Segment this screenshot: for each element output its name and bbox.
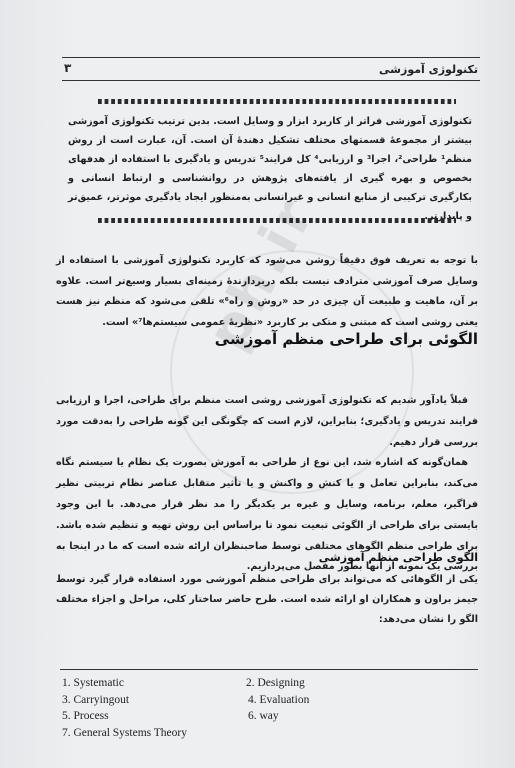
footnote-7: 7. General Systems Theory	[62, 727, 187, 739]
header-bottom-rule	[62, 80, 480, 81]
header-top-rule	[62, 57, 480, 58]
book-page: ph.ir ۳ تکنولوژی آموزشی تکنولوژی آموزشی …	[0, 0, 515, 768]
footnote-4: 4. Evaluation	[248, 694, 309, 706]
running-title: تکنولوژی آموزشی	[379, 63, 478, 76]
footnote-3: 3. Carryingout	[62, 694, 129, 706]
definition-box-bottom-border	[98, 218, 456, 223]
paragraph-1: با توجه به تعریف فوق دقیقاً روشن می‌شود …	[56, 251, 478, 333]
subheading: الگوی طراحی منظم آموزشی	[319, 551, 478, 564]
page-number: ۳	[64, 61, 71, 75]
definition-box-top-border	[98, 99, 456, 104]
footnote-1: 1. Systematic	[62, 677, 124, 689]
footnote-6: 6. way	[248, 710, 279, 722]
paragraph-3: یکی از الگوهائی که می‌تواند برای طراحی م…	[56, 570, 478, 630]
section-heading: الگوئی برای طراحی منظم آموزشی	[215, 330, 478, 348]
paragraph-2-part-a: قبلاً یادآور شدیم که تکنولوژی آموزشی روش…	[56, 391, 478, 453]
footnote-5: 5. Process	[62, 710, 109, 722]
definition-box-text: تکنولوژی آموزشی فراتر از کاربرد ابزار و …	[68, 112, 472, 226]
footnote-2: 2. Designing	[246, 677, 305, 689]
footnote-rule	[60, 669, 478, 670]
